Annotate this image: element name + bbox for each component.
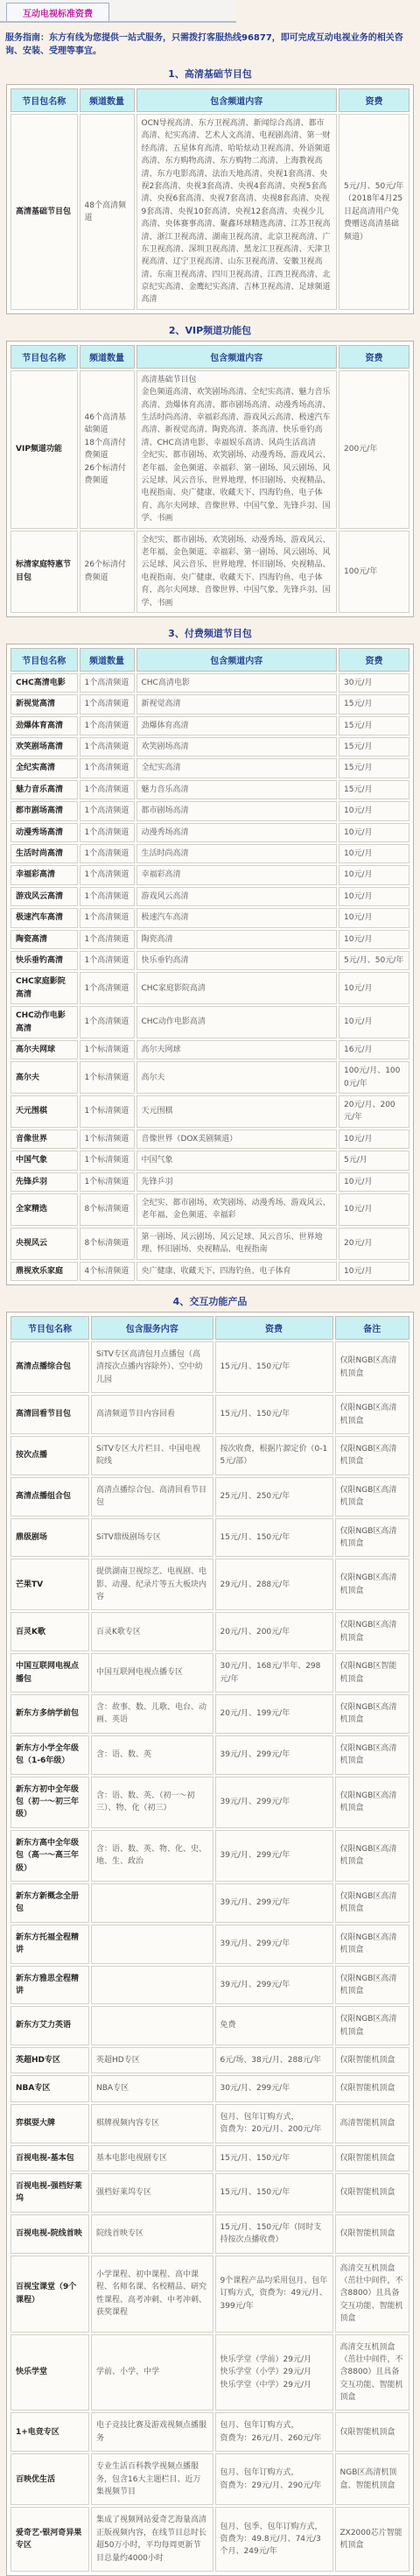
- service-content-cell: 电子竞技比赛及游戏视频点播服务: [91, 2412, 213, 2452]
- table-row: 快乐学堂学前、小学、中学快乐学堂（学前）29元/月 快乐学堂（小学）29元/月 …: [10, 2334, 409, 2411]
- fee-cell: 39元/月、299元/年: [215, 1925, 333, 1964]
- fee-cell: 快乐学堂（学前）29元/月 快乐学堂（小学）29元/月 快乐学堂（中学）29元/…: [215, 2334, 333, 2411]
- package-name-cell: 极速汽车高清: [10, 908, 78, 927]
- table-panel: 节目包名称频道数量包含频道内容资费CHC高清电影1个高清频道CHC高清电影30元…: [6, 644, 414, 1285]
- package-name-cell: 高尔夫: [10, 1061, 78, 1094]
- table-row: 新东方雅思全程精讲39元/月、299元/年仅限NGB区高清机顶盒: [10, 1966, 409, 2005]
- note-cell: 仅限NGB区高清机顶盒: [335, 1395, 410, 1434]
- fee-cell: 39元/月、299元/年: [215, 1966, 333, 2005]
- service-content-cell: 学前、小学、中学: [91, 2334, 213, 2411]
- channel-count-cell: 48个高清频道: [80, 114, 135, 310]
- package-name-cell: CHC家庭影院高清: [10, 972, 78, 1004]
- fee-table: 节目包名称频道数量包含频道内容资费VIP频道功能46个高清基础频道 18个高清付…: [9, 343, 411, 615]
- note-cell: 仅限智能机顶盒: [335, 2173, 410, 2213]
- channel-content-cell: 音像世界（DOX美剧频道）: [136, 1130, 338, 1149]
- package-name-cell: 鼎级剧场: [10, 1518, 89, 1558]
- fee-cell: 15元/月、150元/年: [215, 2145, 333, 2171]
- service-content-cell: 棋牌视频内容专区: [91, 2104, 213, 2143]
- package-name-cell: 新东方初中全年级包（初一～初三年级）: [10, 1777, 89, 1828]
- package-name-cell: 新东方新概念全册包: [10, 1883, 89, 1923]
- section-title: 2、VIP频道功能包: [0, 323, 420, 337]
- package-name-cell: 中国气象: [10, 1151, 78, 1170]
- package-name-cell: 英超HD专区: [10, 2047, 89, 2073]
- fee-cell: 15元/月、150元/年: [215, 1395, 333, 1434]
- channel-content-cell: 天元围棋: [136, 1095, 338, 1128]
- channel-count-cell: 1个高清频道: [80, 758, 135, 778]
- channel-content-cell: 快乐垂钓高清: [136, 951, 338, 970]
- fee-table: 节目包名称频道数量包含频道内容资费高清基础节目包48个高清频道OCN导视高清、东…: [9, 87, 411, 312]
- fee-cell: 10元/月: [339, 823, 409, 842]
- note-cell: 仅限NGB区高清机顶盒: [335, 1559, 410, 1610]
- package-name-cell: 新东方艾力英语: [10, 2006, 89, 2045]
- fee-cell: 16元/月: [339, 1040, 409, 1059]
- package-name-cell: 1+电竞专区: [10, 2412, 89, 2452]
- channel-count-cell: 1个高清频道: [80, 716, 135, 735]
- channel-count-cell: 1个高清频道: [80, 972, 135, 1004]
- table-row: 中国互联网电视点播包中国互联网电视点播专区30元/月、168元/半年、298元/…: [10, 1653, 409, 1693]
- package-name-cell: 爱奇艺·银河奇异果专区: [10, 2507, 89, 2572]
- fee-cell: 10元/月: [339, 801, 409, 820]
- package-name-cell: 新视觉高清: [10, 694, 78, 714]
- note-cell: 仅限NGB区高清机顶盒: [335, 1477, 410, 1517]
- tables-container: 1、高清基础节目包节目包名称频道数量包含频道内容资费高清基础节目包48个高清频道…: [0, 67, 420, 2576]
- package-name-cell: 天元围棋: [10, 1095, 78, 1128]
- fee-cell: 20元/月、200元/年: [215, 1612, 333, 1651]
- channel-content-cell: OCN导视高清、东方卫视高清、新闻综合高清、都市高清、纪实高清、艺术人文高清、电…: [136, 114, 338, 310]
- table-row: 游戏风云高清1个高清频道游戏风云高清10元/月: [10, 887, 409, 906]
- note-cell: ZX2000芯片智能机顶盒: [335, 2507, 410, 2572]
- package-name-cell: 高清回看节目包: [10, 1395, 89, 1434]
- column-header: 包含频道内容: [136, 648, 338, 672]
- channel-count-cell: 1个高清频道: [80, 887, 135, 906]
- channel-count-cell: 1个高清频道: [80, 673, 135, 693]
- note-cell: 仅限NGB区高清机顶盒: [335, 1883, 410, 1923]
- channel-count-cell: 1个高清频道: [80, 844, 135, 863]
- channel-content-cell: 劲爆体育高清: [136, 716, 338, 735]
- note-cell: 仅限NGB区智能机顶盒: [335, 1653, 410, 1693]
- package-name-cell: 标清家庭特惠节目包: [10, 531, 78, 613]
- table-row: 新东方艾力英语免费仅限NGB区高清机顶盒: [10, 2006, 409, 2045]
- service-content-cell: 集成了视频网站爱奇艺海量高清正版视频内容，在线节目总时长超50万小时，平均每周更…: [91, 2507, 213, 2572]
- package-name-cell: 都市剧场高清: [10, 801, 78, 820]
- package-name-cell: 快乐垂钓高清: [10, 951, 78, 970]
- service-content-cell: 专业生活百科教学视频点播服务，包含16大主题栏目、近万集视频节目: [91, 2453, 213, 2505]
- service-content-cell: SiTV鼎级剧场专区: [91, 1518, 213, 1558]
- header-row: 节目包名称频道数量包含频道内容资费: [10, 648, 409, 672]
- fee-cell: 30元/月、299元/年: [215, 2075, 333, 2101]
- channel-count-cell: 1个标清频道: [80, 1095, 135, 1128]
- package-name-cell: 百视宝课堂（9个课程）: [10, 2256, 89, 2333]
- package-name-cell: 陶瓷高清: [10, 930, 78, 949]
- service-content-cell: SiTV专区高清包月点播包（高清按次点播内容除外）、空中幼儿园: [91, 1341, 213, 1393]
- column-header: 资费: [339, 345, 409, 369]
- channel-count-cell: 46个高清基础频道 18个高清付费频道 26个标清付费频道: [80, 370, 135, 529]
- fee-cell: 39元/月、299元/年: [215, 1735, 333, 1775]
- fee-cell: 30元/月、168元/半年、298元/年: [215, 1653, 333, 1693]
- fee-cell: 39元/月、299元/年: [215, 1883, 333, 1923]
- fee-cell: 10元/月: [339, 865, 409, 884]
- channel-content-cell: 中国气象: [136, 1151, 338, 1170]
- channel-count-cell: 1个高清频道: [80, 1006, 135, 1038]
- column-header: 节目包名称: [10, 1316, 89, 1340]
- table-row: 新东方新概念全册包39元/月、299元/年仅限NGB区高清机顶盒: [10, 1883, 409, 1923]
- header-row: 节目包名称频道数量包含频道内容资费: [10, 88, 409, 112]
- fee-cell: 包月、包年订购方式， 资费为：29元/月、290元/年: [215, 2453, 333, 2505]
- channel-content-cell: 新视觉高清: [136, 694, 338, 714]
- section-title: 4、交互功能产品: [0, 1294, 420, 1308]
- fee-cell: 5元/月: [339, 1151, 409, 1170]
- table-row: 鼎视欢乐家庭4个标清频道央广健康、收藏天下、四海钓鱼、电子体育10元/月: [10, 1262, 409, 1281]
- package-name-cell: 按次点播: [10, 1436, 89, 1475]
- table-row: 生活时尚高清1个高清频道生活时尚高清10元/月: [10, 844, 409, 863]
- fee-cell: 25元/月、250元/年: [215, 1477, 333, 1517]
- channel-content-cell: 先锋乒羽: [136, 1172, 338, 1192]
- channel-count-cell: 1个高清频道: [80, 951, 135, 970]
- column-header: 资费: [339, 648, 409, 672]
- fee-cell: 15元/月: [339, 758, 409, 778]
- note-cell: 仅限NGB区高清机顶盒: [335, 1735, 410, 1775]
- table-row: 全家精选8个标清频道全纪实、都市剧场、欢笑剧场、动漫秀场、游戏风云、老年福、金色…: [10, 1193, 409, 1226]
- table-row: 高清点播组合包高清点播综合包、高清回看节目包25元/月、250元/年仅限NGB区…: [10, 1477, 409, 1517]
- column-header: 节目包名称: [10, 648, 78, 672]
- note-cell: 仅限NGB区高清机顶盒: [335, 1925, 410, 1964]
- table-row: CHC动作电影高清1个高清频道CHC动作电影高清10元/月: [10, 1006, 409, 1038]
- fee-cell: 10元/月: [339, 1193, 409, 1226]
- table-row: 按次点播SiTV专区大片栏目、中国电视院线按次收费，根据片源定价（0-15元/部…: [10, 1436, 409, 1475]
- fee-cell: 10元/月: [339, 1172, 409, 1192]
- fee-cell: 10元/月: [339, 887, 409, 906]
- package-name-cell: 全家精选: [10, 1193, 78, 1226]
- table-row: 幸福彩高清1个高清频道幸福彩高清10元/月: [10, 865, 409, 884]
- table-row: 魅力音乐高清1个高清频道魅力音乐高清15元/月: [10, 780, 409, 799]
- package-name-cell: 全纪实高清: [10, 758, 78, 778]
- table-section-1: 1、高清基础节目包节目包名称频道数量包含频道内容资费高清基础节目包48个高清频道…: [0, 67, 420, 314]
- fee-cell: 10元/月: [339, 930, 409, 949]
- service-content-cell: 高清频道节目内容回看: [91, 1395, 213, 1434]
- channel-count-cell: 1个高清频道: [80, 694, 135, 714]
- table-section-4: 4、交互功能产品节目包名称包含服务内容资费备注高清点播综合包SiTV专区高清包月…: [0, 1294, 420, 2576]
- service-content-cell: [91, 1925, 213, 1964]
- package-name-cell: 新东方雅思全程精讲: [10, 1966, 89, 2005]
- service-content-cell: NBA专区: [91, 2075, 213, 2101]
- fee-cell: 39元/月、299元/年: [215, 1830, 333, 1882]
- package-name-cell: 先锋乒羽: [10, 1172, 78, 1192]
- table-row: 标清家庭特惠节目包26个标清付费频道全纪实、都市剧场、欢笑剧场、动漫秀场、游戏风…: [10, 531, 409, 613]
- table-row: 百视电视-院线首映院线首映专区15元/月、150元/年（同时支持按次点播收费）仅…: [10, 2214, 409, 2254]
- service-content-cell: SiTV专区大片栏目、中国电视院线: [91, 1436, 213, 1475]
- channel-content-cell: 动漫秀场高清: [136, 823, 338, 842]
- package-name-cell: 新东方小学全年级包（1-6年级）: [10, 1735, 89, 1775]
- tab-interactive-tv-fees[interactable]: 互动电视标准资费: [6, 3, 109, 21]
- note-cell: 高清交互机顶盒（茁壮中间件，不含8800）且具备交互功能、智能机顶盒: [335, 2256, 410, 2333]
- table-row: 极速汽车高清1个高清频道极速汽车高清10元/月: [10, 908, 409, 927]
- service-content-cell: 院线首映专区: [91, 2214, 213, 2254]
- fee-cell: 9个课程产品均采用包月、包年订购方式，资费为：49元/月、399元/年: [215, 2256, 333, 2333]
- package-name-cell: 鼎视欢乐家庭: [10, 1262, 78, 1281]
- fee-cell: 15元/月、150元/年: [215, 1341, 333, 1393]
- package-name-cell: 新东方托福全程精讲: [10, 1925, 89, 1964]
- package-name-cell: VIP频道功能: [10, 370, 78, 529]
- table-row: 高清基础节目包48个高清频道OCN导视高清、东方卫视高清、新闻综合高清、都市高清…: [10, 114, 409, 310]
- table-row: 先锋乒羽1个标清频道先锋乒羽10元/月: [10, 1172, 409, 1192]
- table-row: 央视风云8个标清频道第一剧场、风云剧场、风云足球、风云音乐、世界地理、怀旧剧场、…: [10, 1228, 409, 1260]
- fee-cell: 10元/月: [339, 844, 409, 863]
- note-cell: NGB区高清机顶盒、智能机顶盒: [335, 2453, 410, 2505]
- package-name-cell: 音像世界: [10, 1130, 78, 1149]
- fee-cell: 免费: [215, 2006, 333, 2045]
- fee-cell: 10元/月: [339, 1262, 409, 1281]
- channel-count-cell: 1个高清频道: [80, 737, 135, 757]
- table-row: 高清点播综合包SiTV专区高清包月点播包（高清按次点播内容除外）、空中幼儿园15…: [10, 1341, 409, 1393]
- table-row: 新东方托福全程精讲39元/月、299元/年仅限NGB区高清机顶盒: [10, 1925, 409, 1964]
- package-name-cell: 高清点播综合包: [10, 1341, 89, 1393]
- column-header: 包含频道内容: [136, 345, 338, 369]
- channel-content-cell: 魅力音乐高清: [136, 780, 338, 799]
- package-name-cell: 百视电视-基本包: [10, 2145, 89, 2171]
- package-name-cell: 幸福彩高清: [10, 865, 78, 884]
- column-header: 资费: [339, 88, 409, 112]
- table-row: 高清回看节目包高清频道节目内容回看15元/月、150元/年仅限NGB区高清机顶盒: [10, 1395, 409, 1434]
- channel-content-cell: CHC家庭影院高清: [136, 972, 338, 1004]
- channel-count-cell: 8个标清频道: [80, 1228, 135, 1260]
- tab-strip: 互动电视标准资费: [0, 0, 236, 23]
- note-cell: 仅限智能机顶盒: [335, 2214, 410, 2254]
- note-cell: 仅限NGB区高清机顶盒: [335, 1966, 410, 2005]
- note-cell: 仅限NGB区高清机顶盒: [335, 1830, 410, 1882]
- channel-content-cell: 极速汽车高清: [136, 908, 338, 927]
- package-name-cell: CHC高清电影: [10, 673, 78, 693]
- service-content-cell: 强档好莱坞专区: [91, 2173, 213, 2213]
- package-name-cell: 中国互联网电视点播包: [10, 1653, 89, 1693]
- note-cell: 仅限NGB区高清机顶盒: [335, 1436, 410, 1475]
- package-name-cell: NBA专区: [10, 2075, 89, 2101]
- channel-content-cell: 游戏风云高清: [136, 887, 338, 906]
- service-content-cell: [91, 1883, 213, 1923]
- service-content-cell: [91, 1966, 213, 2005]
- column-header: 包含频道内容: [136, 88, 338, 112]
- channel-content-cell: 高清基础节目包 金色频道高清、欢笑剧场高清、全纪实高清、魅力音乐高清、劲爆体育高…: [136, 370, 338, 529]
- service-content-cell: 含：语、数、英、物、化、史、地、生、政治: [91, 1830, 213, 1882]
- channel-content-cell: 全纪实高清: [136, 758, 338, 778]
- service-content-cell: 提供湖南卫视综艺、电视剧、电影、动漫、纪录片等五大板块内容: [91, 1559, 213, 1610]
- note-cell: 仅限智能机顶盒: [335, 2075, 410, 2101]
- fee-cell: 15元/月: [339, 780, 409, 799]
- table-row: 百视宝课堂（9个课程）小学课程、初中课程、高中课程、名师名课、名校精品、研究性课…: [10, 2256, 409, 2333]
- table-row: 天元围棋1个标清频道天元围棋20元/月、200元/年: [10, 1095, 409, 1128]
- service-content-cell: 中国互联网电视点播专区: [91, 1653, 213, 1693]
- table-row: 鼎级剧场SiTV鼎级剧场专区15元/月、150元/年仅限NGB区高清机顶盒: [10, 1518, 409, 1558]
- service-content-cell: 含：故事、数、儿歌、电台、动画、英语: [91, 1694, 213, 1734]
- table-row: 欢笑剧场高清1个高清频道欢笑剧场高清15元/月: [10, 737, 409, 757]
- package-name-cell: 欢笑剧场高清: [10, 737, 78, 757]
- note-cell: 仅限NGB区高清机顶盒: [335, 1777, 410, 1828]
- fee-cell: 10元/月: [339, 1006, 409, 1038]
- package-name-cell: 百映优生活: [10, 2453, 89, 2505]
- table-row: 新东方初中全年级包（初一～初三年级）含：语、数、英、（初一～初三）、物、化（初三…: [10, 1777, 409, 1828]
- package-name-cell: 快乐学堂: [10, 2334, 89, 2411]
- section-title: 1、高清基础节目包: [0, 67, 420, 81]
- fee-cell: 15元/月: [339, 694, 409, 714]
- channel-content-cell: 全纪实、都市剧场、欢笑剧场、动漫秀场、游戏风云、老年福、金色频道、幸福彩: [136, 1193, 338, 1226]
- fee-cell: 10元/月: [339, 972, 409, 1004]
- channel-content-cell: 高尔夫网球: [136, 1040, 338, 1059]
- package-name-cell: 游戏风云高清: [10, 887, 78, 906]
- fee-cell: 15元/月、150元/年（同时支持按次点播收费）: [215, 2214, 333, 2254]
- fee-cell: 15元/月、150元/年: [215, 1518, 333, 1558]
- package-name-cell: 央视风云: [10, 1228, 78, 1260]
- fee-cell: 6元/场、38元/月、288元/年: [215, 2047, 333, 2073]
- table-row: 弈棋耍大牌棋牌视频内容专区包月、包年订购方式， 资费为：20元/月、200元/年…: [10, 2104, 409, 2143]
- fee-cell: 20元/月: [339, 1228, 409, 1260]
- table-row: 都市剧场高清1个高清频道都市剧场高清10元/月: [10, 801, 409, 820]
- fee-cell: 20元/月、199元/年: [215, 1694, 333, 1734]
- channel-count-cell: 1个标清频道: [80, 1151, 135, 1170]
- package-name-cell: 高清基础节目包: [10, 114, 78, 310]
- table-panel: 节目包名称频道数量包含频道内容资费VIP频道功能46个高清基础频道 18个高清付…: [6, 341, 414, 617]
- table-row: 陶瓷高清1个高清频道陶瓷高清10元/月: [10, 930, 409, 949]
- column-header: 节目包名称: [10, 345, 78, 369]
- package-name-cell: 新东方高中全年级包（高一～高三年级）: [10, 1830, 89, 1882]
- channel-content-cell: 幸福彩高清: [136, 865, 338, 884]
- channel-count-cell: 1个高清频道: [80, 930, 135, 949]
- table-row: 爱奇艺·银河奇异果专区集成了视频网站爱奇艺海量高清正版视频内容，在线节目总时长超…: [10, 2507, 409, 2572]
- note-cell: 高清交互机顶盒（茁壮中间件，不含8800）且具备交互功能、智能机顶盒: [335, 2334, 410, 2411]
- channel-content-cell: CHC动作电影高清: [136, 1006, 338, 1038]
- package-name-cell: 弈棋耍大牌: [10, 2104, 89, 2143]
- channel-count-cell: 4个标清频道: [80, 1262, 135, 1281]
- service-content-cell: 基本电影电视剧专区: [91, 2145, 213, 2171]
- note-cell: 仅限NGB区高清机顶盒: [335, 2006, 410, 2045]
- fee-cell: 10元/月: [339, 908, 409, 927]
- fee-cell: 按次收费，根据片源定价（0-15元/部）: [215, 1436, 333, 1475]
- table-row: 新东方高中全年级包（高一～高三年级）含：语、数、英、物、化、史、地、生、政治39…: [10, 1830, 409, 1882]
- section-title: 3、付费频道节目包: [0, 626, 420, 640]
- table-row: 新东方小学全年级包（1-6年级）含：语、数、英39元/月、299元/年仅限NGB…: [10, 1735, 409, 1775]
- channel-content-cell: CHC高清电影: [136, 673, 338, 693]
- table-section-3: 3、付费频道节目包节目包名称频道数量包含频道内容资费CHC高清电影1个高清频道C…: [0, 626, 420, 1285]
- table-row: 全纪实高清1个高清频道全纪实高清15元/月: [10, 758, 409, 778]
- service-content-cell: [91, 2006, 213, 2045]
- note-cell: 仅限智能机顶盒: [335, 2412, 410, 2452]
- header-row: 节目包名称频道数量包含频道内容资费: [10, 345, 409, 369]
- table-row: 动漫秀场高清1个高清频道动漫秀场高清10元/月: [10, 823, 409, 842]
- channel-count-cell: 1个高清频道: [80, 865, 135, 884]
- note-cell: 高清智能机顶盒: [335, 2104, 410, 2143]
- channel-count-cell: 26个标清付费频道: [80, 531, 135, 613]
- channel-content-cell: 陶瓷高清: [136, 930, 338, 949]
- fee-cell: 15元/月、150元/年: [215, 2173, 333, 2213]
- table-row: CHC高清电影1个高清频道CHC高清电影30元/月: [10, 673, 409, 693]
- channel-count-cell: 1个高清频道: [80, 780, 135, 799]
- channel-count-cell: 1个标清频道: [80, 1172, 135, 1192]
- note-cell: 仅限NGB区高清机顶盒: [335, 1694, 410, 1734]
- table-row: CHC家庭影院高清1个高清频道CHC家庭影院高清10元/月: [10, 972, 409, 1004]
- table-row: 1+电竞专区电子竞技比赛及游戏视频点播服务包月、包年订购方式， 资费为：26元/…: [10, 2412, 409, 2452]
- fee-table: 节目包名称频道数量包含频道内容资费CHC高清电影1个高清频道CHC高清电影30元…: [9, 646, 411, 1283]
- table-row: NBA专区NBA专区30元/月、299元/年仅限智能机顶盒: [10, 2075, 409, 2101]
- channel-content-cell: 生活时尚高清: [136, 844, 338, 863]
- table-row: 百视电视-基本包基本电影电视剧专区15元/月、150元/年仅限智能机顶盒: [10, 2145, 409, 2171]
- service-content-cell: 百灵K歌专区: [91, 1612, 213, 1651]
- package-name-cell: 生活时尚高清: [10, 844, 78, 863]
- fee-cell: 39元/月、299元/年: [215, 1777, 333, 1828]
- fee-cell: 100元/月、1000元/年: [339, 1061, 409, 1094]
- package-name-cell: 魅力音乐高清: [10, 780, 78, 799]
- column-header: 节目包名称: [10, 88, 78, 112]
- table-row: 芒果TV提供湖南卫视综艺、电视剧、电影、动漫、纪录片等五大板块内容29元/月、2…: [10, 1559, 409, 1610]
- service-content-cell: 英超HD专区: [91, 2047, 213, 2073]
- column-header: 频道数量: [80, 88, 135, 112]
- channel-count-cell: 1个高清频道: [80, 823, 135, 842]
- fee-cell: 15元/月: [339, 716, 409, 735]
- table-row: 快乐垂钓高清1个高清频道快乐垂钓高清5元/月、50元/年: [10, 951, 409, 970]
- channel-content-cell: 第一剧场、风云剧场、风云足球、风云音乐、世界地理、怀旧剧场、央视精品、电视指南: [136, 1228, 338, 1260]
- channel-content-cell: 都市剧场高清: [136, 801, 338, 820]
- package-name-cell: 百视电视-强档好莱坞: [10, 2173, 89, 2213]
- table-panel: 节目包名称包含服务内容资费备注高清点播综合包SiTV专区高清包月点播包（高清按次…: [6, 1312, 414, 2576]
- fee-cell: 15元/月: [339, 737, 409, 757]
- column-header: 频道数量: [80, 648, 135, 672]
- service-content-cell: 含：语、数、英: [91, 1735, 213, 1775]
- service-content-cell: 小学课程、初中课程、高中课程、名师名课、名校精品、研究性课程、高考冲刺、中考冲刺…: [91, 2256, 213, 2333]
- table-row: 新视觉高清1个高清频道新视觉高清15元/月: [10, 694, 409, 714]
- fee-cell: 10元/月: [339, 1130, 409, 1149]
- table-row: 百视电视-强档好莱坞强档好莱坞专区15元/月、150元/年仅限智能机顶盒: [10, 2173, 409, 2213]
- table-row: VIP频道功能46个高清基础频道 18个高清付费频道 26个标清付费频道高清基础…: [10, 370, 409, 529]
- channel-count-cell: 1个高清频道: [80, 801, 135, 820]
- package-name-cell: CHC动作电影高清: [10, 1006, 78, 1038]
- service-guide: 服务指南：东方有线为您提供一站式服务，只需拨打客服热线96877，即可完成互动电…: [5, 32, 415, 58]
- note-cell: 仅限NGB区高清机顶盒: [335, 1518, 410, 1558]
- channel-content-cell: 欢笑剧场高清: [136, 737, 338, 757]
- channel-count-cell: 1个高清频道: [80, 908, 135, 927]
- table-row: 中国气象1个标清频道中国气象5元/月: [10, 1151, 409, 1170]
- fee-cell: 29元/月、288元/年: [215, 1559, 333, 1610]
- fee-cell: 包月、包年订购方式， 资费为：20元/月、200元/年: [215, 2104, 333, 2143]
- service-content-cell: 高清点播综合包、高清回看节目包: [91, 1477, 213, 1517]
- table-panel: 节目包名称频道数量包含频道内容资费高清基础节目包48个高清频道OCN导视高清、东…: [6, 84, 414, 314]
- table-section-2: 2、VIP频道功能包节目包名称频道数量包含频道内容资费VIP频道功能46个高清基…: [0, 323, 420, 617]
- column-header: 资费: [215, 1316, 333, 1340]
- fee-table: 节目包名称包含服务内容资费备注高清点播综合包SiTV专区高清包月点播包（高清按次…: [9, 1314, 411, 2573]
- package-name-cell: 动漫秀场高清: [10, 823, 78, 842]
- service-content-cell: 含：语、数、英、（初一～初三）、物、化（初三）: [91, 1777, 213, 1828]
- note-cell: 仅限智能机顶盒: [335, 2145, 410, 2171]
- channel-count-cell: 1个标清频道: [80, 1130, 135, 1149]
- package-name-cell: 高清点播组合包: [10, 1477, 89, 1517]
- table-row: 百映优生活专业生活百科教学视频点播服务，包含16大主题栏目、近万集视频节目包月、…: [10, 2453, 409, 2505]
- channel-content-cell: 全纪实、都市剧场、欢笑剧场、动漫秀场、游戏风云、老年福、金色频道、幸福彩、第一剧…: [136, 531, 338, 613]
- channel-content-cell: 高尔夫: [136, 1061, 338, 1094]
- channel-count-cell: 1个标清频道: [80, 1061, 135, 1094]
- table-row: 高尔夫1个标清频道高尔夫100元/月、1000元/年: [10, 1061, 409, 1094]
- package-name-cell: 芒果TV: [10, 1559, 89, 1610]
- fee-cell: 200元/年: [339, 370, 409, 529]
- table-row: 英超HD专区英超HD专区6元/场、38元/月、288元/年仅限智能机顶盒: [10, 2047, 409, 2073]
- note-cell: 仅限智能机顶盒: [335, 2047, 410, 2073]
- note-cell: 仅限NGB区高清机顶盒: [335, 1341, 410, 1393]
- table-row: 劲爆体育高清1个高清频道劲爆体育高清15元/月: [10, 716, 409, 735]
- table-row: 音像世界1个标清频道音像世界（DOX美剧频道）10元/月: [10, 1130, 409, 1149]
- fee-cell: 包月、包季、包年订购方式， 资费为：49.8元/月、74元/3个月、249元/年: [215, 2507, 333, 2572]
- channel-content-cell: 央广健康、收藏天下、四海钓鱼、电子体育: [136, 1262, 338, 1281]
- table-row: 百灵K歌百灵K歌专区20元/月、200元/年仅限NGB区高清机顶盒: [10, 1612, 409, 1651]
- package-name-cell: 高尔夫网球: [10, 1040, 78, 1059]
- column-header: 频道数量: [80, 345, 135, 369]
- fee-cell: 20元/月、200元/年: [339, 1095, 409, 1128]
- package-name-cell: 新东方多纳学前包: [10, 1694, 89, 1734]
- table-row: 高尔夫网球1个标清频道高尔夫网球16元/月: [10, 1040, 409, 1059]
